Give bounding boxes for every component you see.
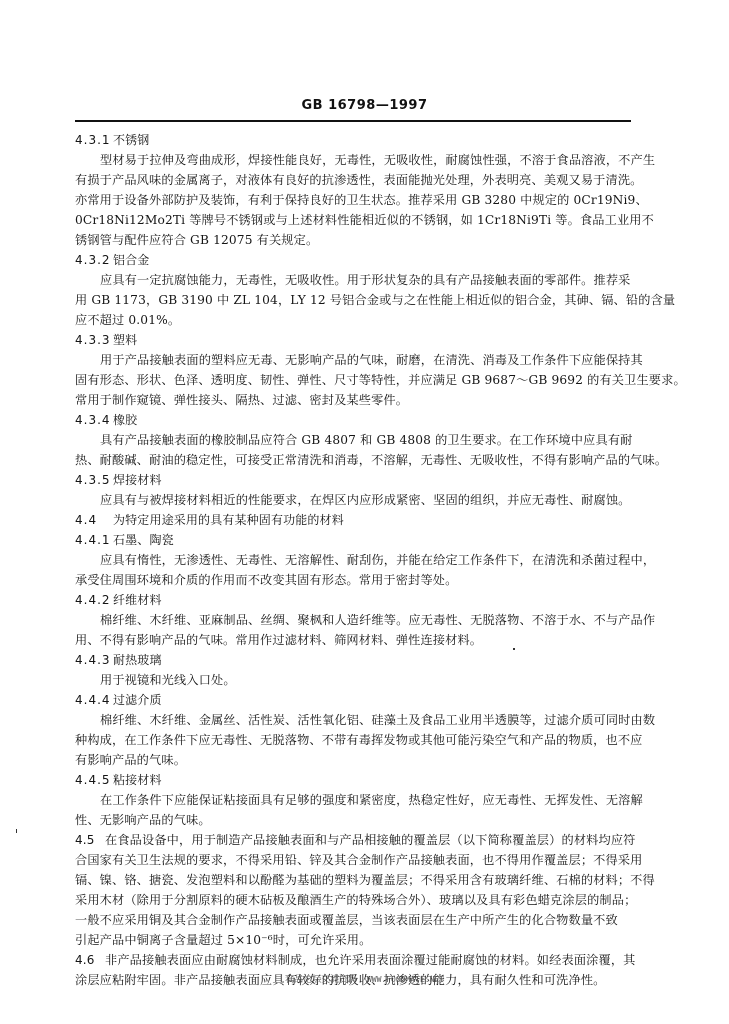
section-heading: 4.4.4过滤介质 [75, 690, 162, 710]
document-page: GB 16798—1997 4.3.1不锈钢 型材易于拉伸及弯曲成形，焊接性能良… [0, 0, 729, 1024]
paragraph-line: 固有形态、形状、色泽、透明度、韧性、弹性、尺寸等特性，并应满足 GB 9687～… [75, 370, 686, 390]
section-heading: 4.4.2纤维材料 [75, 590, 162, 610]
paragraph-line: 0Cr18Ni12Mo2Ti 等牌号不锈钢或与上述材料性能相近似的不锈钢，如 1… [75, 210, 654, 230]
section-heading: 4.3.3塑料 [75, 330, 137, 350]
paragraph-line: 应不超过 0.01%。 [75, 310, 180, 330]
paragraph-line: 有损于产品风味的金属离子，对液体有良好的抗渗透性，表面能抛光处理，外表明亮、美观… [75, 170, 643, 190]
paragraph-line: 棉纤维、木纤维、金属丝、活性炭、活性氧化铝、硅藻土及食品工业用半透膜等，过滤介质… [100, 710, 655, 730]
paragraph-line: 承受住周围环境和介质的作用而不改变其固有形态。常用于密封等处。 [75, 570, 457, 590]
paragraph-line: 在工作条件下应能保证粘接面具有足够的强度和紧密度，热稳定性好，应无毒性、无挥发性… [100, 790, 643, 810]
paragraph-line: 具有产品接触表面的橡胶制品应符合 GB 4807 和 GB 4808 的卫生要求… [100, 430, 633, 450]
clause-line: 4.5在食品设备中，用于制造产品接触表面和与产品相接触的覆盖层（以下简称覆盖层）… [75, 830, 636, 850]
section-heading: 4.3.4橡胶 [75, 410, 137, 430]
paragraph-line: 用、不得有影响产品的气味。常用作过滤材料、筛网材料、弹性连接材料。 [75, 630, 482, 650]
paragraph-line: 种构成，在工作条件下应无毒性、无脱落物、不带有毒挥发物或其他可能污染空气和产品的… [75, 730, 643, 750]
page-footer: 食品论坛交流资料WWW.FOODMATE.NET [0, 972, 729, 985]
section-heading: 4.3.2铝合金 [75, 250, 149, 270]
paragraph-line: 性、无影响产品的气味。 [75, 810, 211, 830]
paragraph-line: 应具有一定抗腐蚀能力，无毒性，无吸收性。用于形状复杂的具有产品接触表面的零部件。… [100, 270, 631, 290]
paragraph-line: 用 GB 1173，GB 3190 中 ZL 104，LY 12 号铝合金或与之… [75, 290, 675, 310]
clause-line: 合国家有关卫生法规的要求，不得采用铅、锌及其合金制作产品接触表面，也不得用作覆盖… [75, 850, 643, 870]
paragraph-line: 用于视镜和光线入口处。 [100, 670, 236, 690]
paragraph-line: 锈钢管与配件应符合 GB 12075 有关规定。 [75, 230, 318, 250]
clause-line: 4.6非产品接触表面应由耐腐蚀材料制成，也允许采用表面涂覆过能耐腐蚀的材料。如经… [75, 950, 636, 970]
footer-url[interactable]: WWW.FOODMATE.NET [367, 975, 444, 984]
section-heading: 4.4为特定用途采用的具有某种固有功能的材料 [75, 510, 344, 530]
section-heading: 4.3.5焊接材料 [75, 470, 162, 490]
scan-speck [16, 829, 17, 833]
paragraph-line: 用于产品接触表面的塑料应无毒、无影响产品的气味，耐磨，在清洗、消毒及工作条件下应… [100, 350, 643, 370]
clause-line: 一般不应采用铜及其合金制作产品接触表面或覆盖层，当该表面层在生产中所产生的化合物… [75, 910, 618, 930]
clause-line: 镉、镍、铬、搪瓷、发泡塑料和以酚醛为基础的塑料为覆盖层；不得采用含有玻璃纤维、石… [75, 870, 655, 890]
scan-speck [513, 648, 515, 650]
section-heading: 4.4.1石墨、陶瓷 [75, 530, 174, 550]
paragraph-line: 热、耐酸碱、耐油的稳定性，可接受正常清洗和消毒，不溶解，无毒性、无吸收性，不得有… [75, 450, 667, 470]
footer-label: 食品论坛交流资料 [285, 975, 357, 985]
clause-line: 采用木材（除用于分割原料的硬木砧板及酿酒生产的特殊场合外）、玻璃以及具有彩色蜡克… [75, 890, 636, 910]
paragraph-line: 常用于制作窥镜、弹性接头、隔热、过滤、密封及某些零件。 [75, 390, 408, 410]
paragraph-line: 亦常用于设备外部防护及装饰，有利于保持良好的卫生状态。推荐采用 GB 3280 … [75, 190, 648, 210]
header-rule [75, 120, 631, 122]
section-heading: 4.4.3耐热玻璃 [75, 650, 162, 670]
section-heading: 4.4.5粘接材料 [75, 770, 162, 790]
paragraph-line: 有影响产品的气味。 [75, 750, 186, 770]
paragraph-line: 应具有与被焊接材料相近的性能要求，在焊区内应形成紧密、坚固的组织，并应无毒性、耐… [100, 490, 631, 510]
section-heading: 4.3.1不锈钢 [75, 130, 149, 150]
clause-line: 引起产品中铜离子含量超过 5×10⁻⁶时，可允许采用。 [75, 930, 371, 950]
paragraph-line: 型材易于拉伸及弯曲成形，焊接性能良好，无毒性，无吸收性，耐腐蚀性强，不溶于食品溶… [100, 150, 655, 170]
paragraph-line: 应具有惰性，无渗透性、无毒性、无溶解性、耐刮伤，并能在给定工作条件下，在清洗和杀… [100, 550, 655, 570]
paragraph-line: 棉纤维、木纤维、亚麻制品、丝绸、聚枫和人造纤维等。应无毒性、无脱落物、不溶于水、… [100, 610, 655, 630]
standard-code: GB 16798—1997 [0, 98, 729, 113]
